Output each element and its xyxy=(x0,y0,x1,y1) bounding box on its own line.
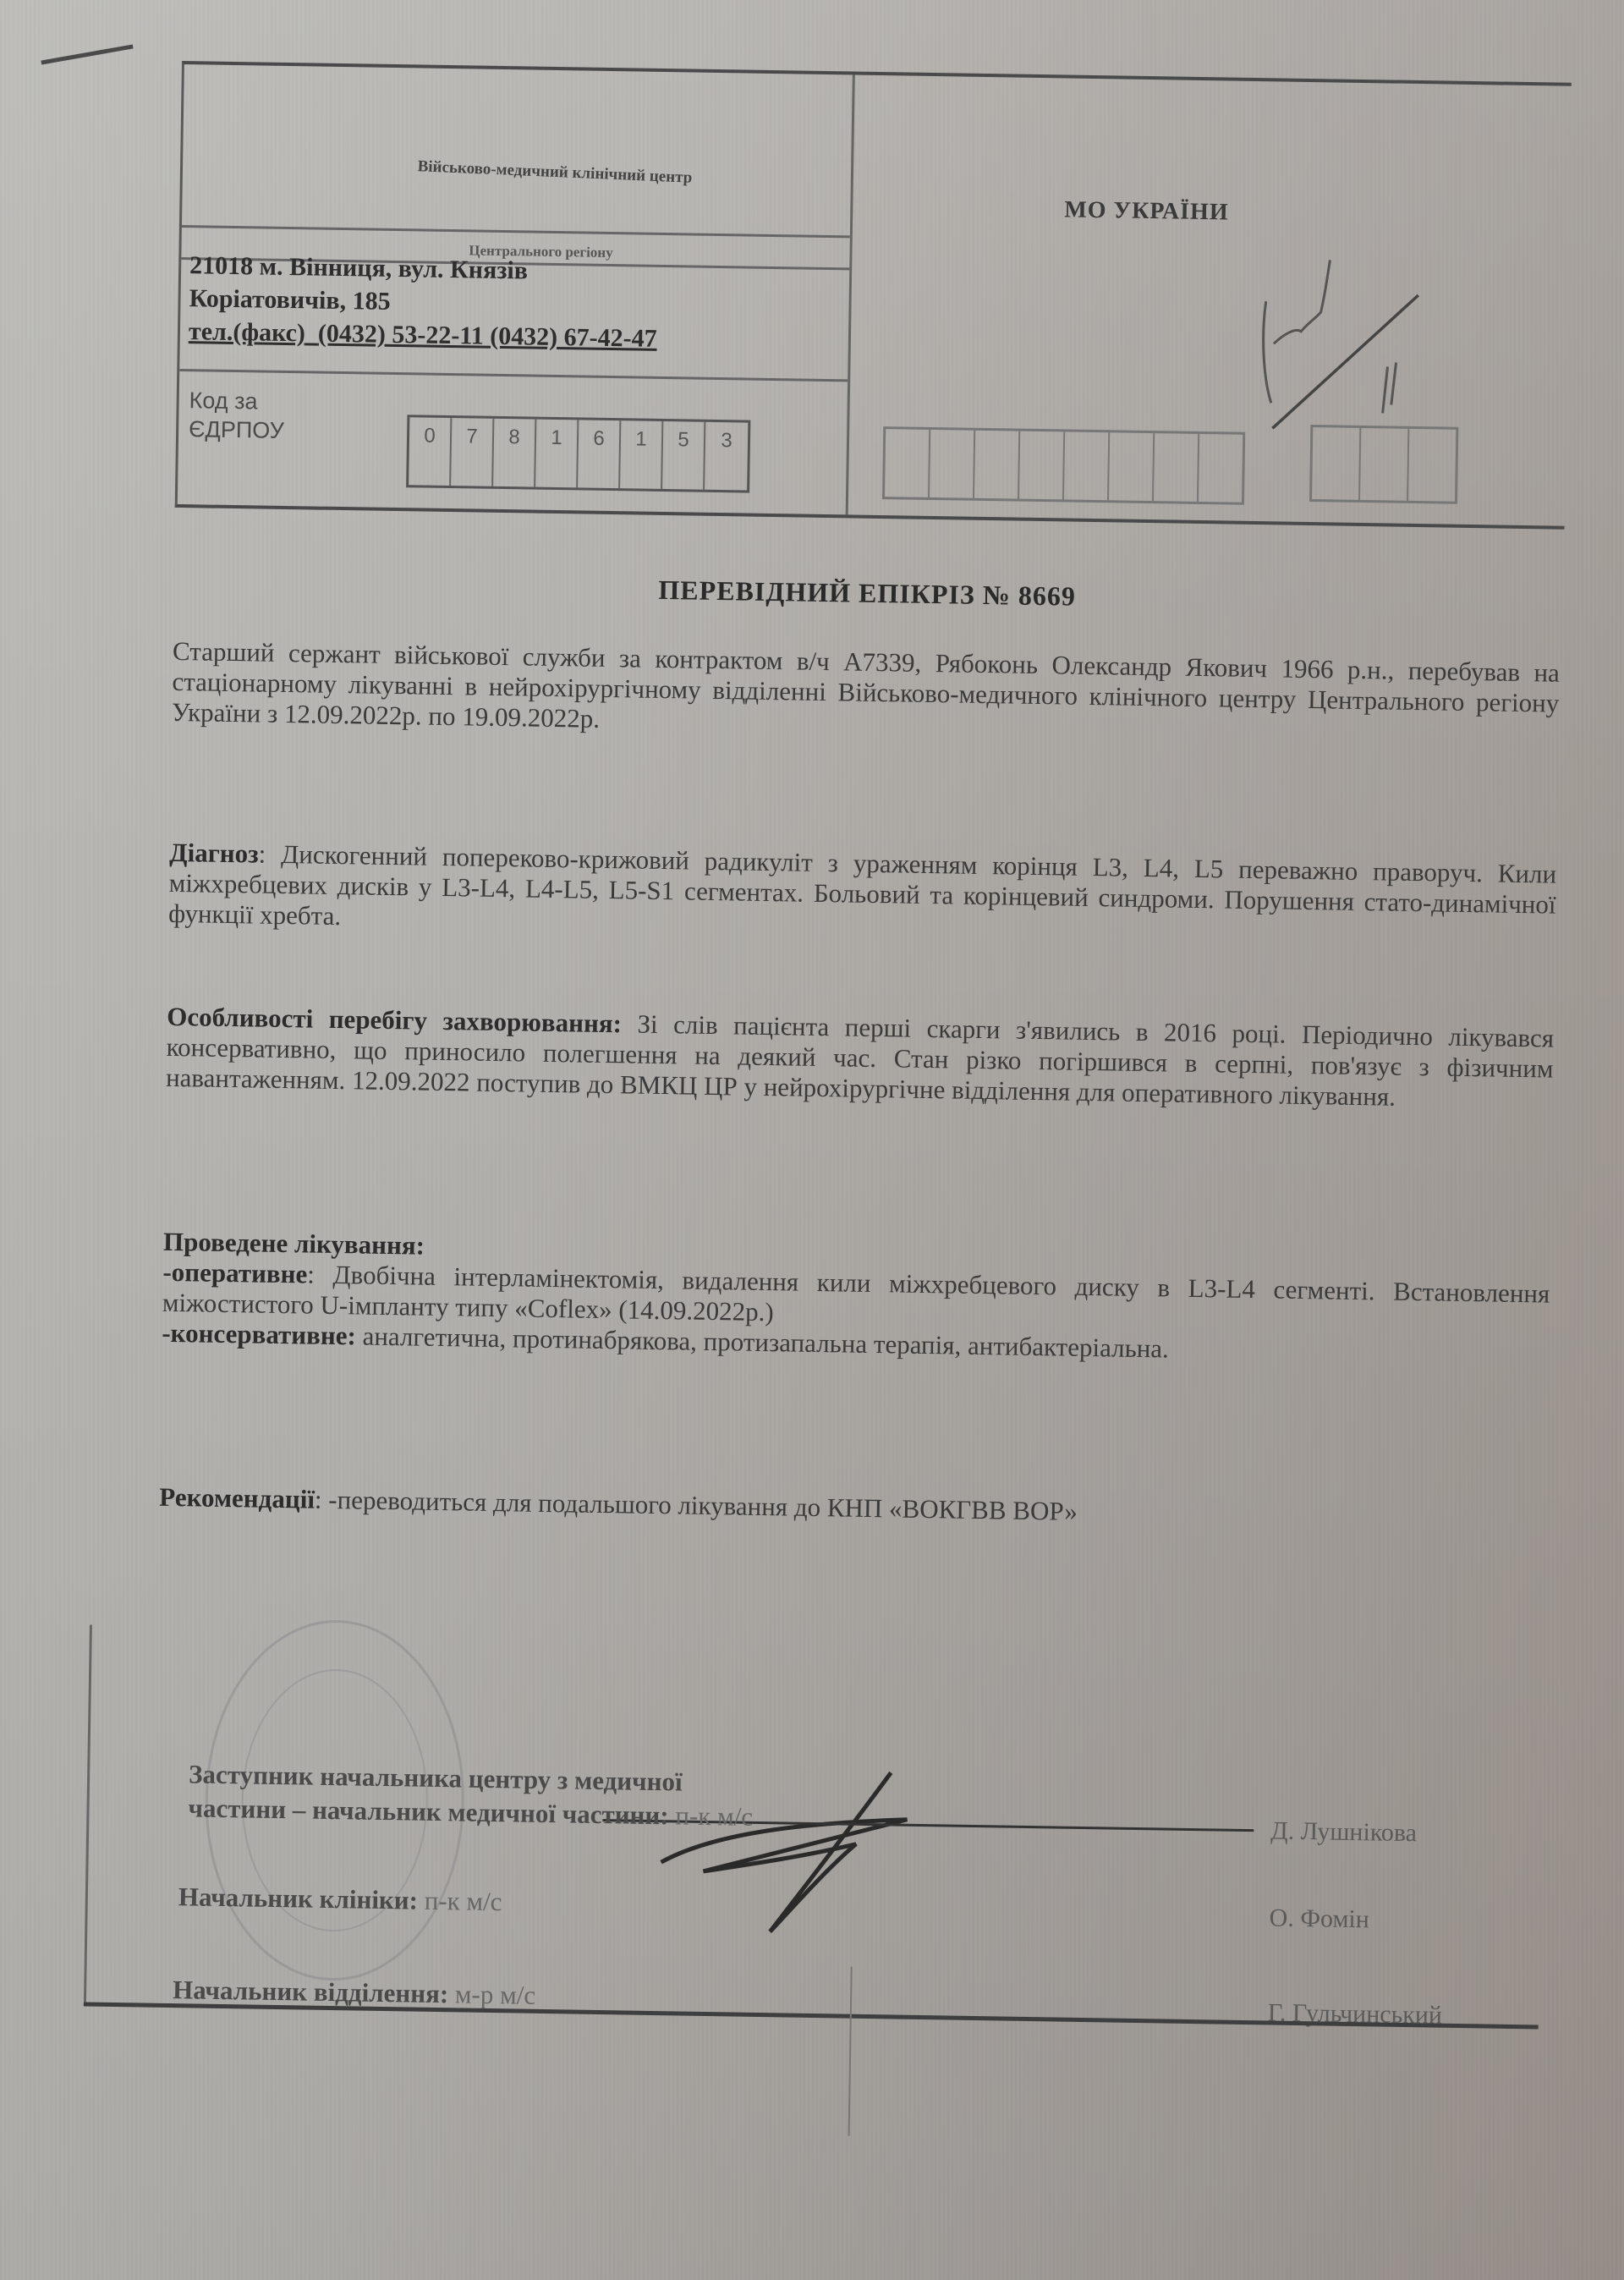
header-left-panel: Військово-медичний клінічний центр Центр… xyxy=(178,64,855,514)
header-right-panel: МО УКРАЇНИ xyxy=(848,75,1574,526)
phone-label: тел.(факс) xyxy=(189,317,305,347)
edrpou-digit: 1 xyxy=(535,420,579,488)
pen-mark xyxy=(41,44,133,64)
edrpou-digit: 6 xyxy=(578,420,621,488)
phone-numbers: (0432) 53-22-11 (0432) 67-42-47 xyxy=(318,320,657,353)
document-header: Військово-медичний клінічний центр Центр… xyxy=(175,61,1572,530)
edrpou-label-line-2: ЄДРПОУ xyxy=(189,415,284,445)
signatory-rank: п-к м/с xyxy=(675,1800,753,1831)
signatory-rank: п-к м/с xyxy=(424,1886,502,1916)
diagnosis-text: Дискогенний попереково-крижовий радикулі… xyxy=(168,839,1556,931)
frame-line xyxy=(84,1625,92,2006)
edrpou-digit: 3 xyxy=(705,422,748,491)
patient-intro: Старший сержант військової служби за кон… xyxy=(172,636,1560,750)
recommendations-label: Рекомендації xyxy=(159,1482,315,1514)
edrpou-digit: 8 xyxy=(493,419,536,487)
recommendations-text: -переводиться для подальшого лікування д… xyxy=(328,1485,1078,1526)
document-title: ПЕРЕВІДНИЙ ЕПІКРІЗ № 8669 xyxy=(173,567,1561,620)
signatory-clinic-head-name: О. Фомін xyxy=(1269,1904,1369,1934)
operative-label: -оперативне xyxy=(162,1257,307,1289)
address-block: 21018 м. Вінниця, вул. Князів Коріатович… xyxy=(189,249,833,358)
diagnosis-section: Діагноз: Дискогенний попереково-крижовий… xyxy=(168,838,1556,951)
handwritten-note-icon xyxy=(1247,242,1445,448)
role-line-1: Начальник клініки: xyxy=(178,1882,419,1915)
conservative-label: -консервативне: xyxy=(162,1318,356,1351)
organization-name: Військово-медичний клінічний центр xyxy=(318,153,792,191)
header-rule xyxy=(182,225,850,238)
recommendations-section: Рекомендації: -переводиться для подальшо… xyxy=(159,1482,1546,1535)
treatment-section: Проведене лікування: -оперативне: Двобіч… xyxy=(162,1227,1550,1371)
index-boxes xyxy=(1309,425,1458,504)
ministry-name: МО УКРАЇНИ xyxy=(1064,196,1229,226)
edrpou-label: Код за ЄДРПОУ xyxy=(189,386,285,445)
transfer-epicrisis-document: Військово-медичний клінічний центр Центр… xyxy=(151,61,1577,2029)
signatory-rank: м-р м/с xyxy=(455,1979,536,2009)
edrpou-label-line-1: Код за xyxy=(189,386,284,416)
signatures-block: Заступник начальника центру з медичної ч… xyxy=(126,1718,1568,2012)
signatory-clinic-head-role: Начальник клініки: п-к м/с xyxy=(178,1880,502,1919)
disease-course-section: Особливості перебігу захворювання: Зі сл… xyxy=(166,1002,1554,1115)
edrpou-digit: 1 xyxy=(620,420,663,489)
edrpou-code-boxes: 07816153 xyxy=(406,415,750,492)
role-line-2: частини – начальник медичної частини: xyxy=(188,1793,669,1830)
edrpou-digit: 5 xyxy=(662,421,705,490)
diagnosis-label: Діагноз xyxy=(169,838,259,869)
registration-boxes xyxy=(882,426,1245,505)
signatory-deputy-chief-name: Д. Лушнікова xyxy=(1270,1816,1417,1848)
edrpou-digit: 0 xyxy=(409,417,452,486)
signatory-deputy-chief-role: Заступник начальника центру з медичної ч… xyxy=(188,1757,754,1833)
header-rule xyxy=(179,369,848,382)
edrpou-digit: 7 xyxy=(451,418,494,486)
